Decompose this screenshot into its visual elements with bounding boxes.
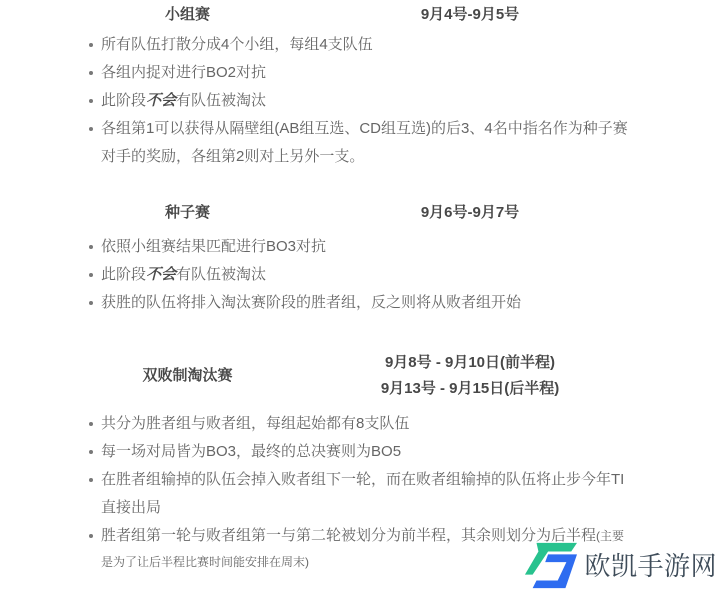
section-seed-stage: 种子赛 9月6号-9月7号 依照小组赛结果匹配进行BO3对抗 此阶段不会有队伍被… [0,199,720,317]
tournament-schedule-page: 小组赛 9月4号-9月5号 所有队伍打散分成4个小组，每组4支队伍 各组内捉对进… [0,1,720,591]
bullet-emphasis: 不会 [146,92,176,109]
bullet-list: 所有队伍打散分成4个小组，每组4支队伍 各组内捉对进行BO2对抗 此阶段不会有队… [88,31,652,171]
bullet-text: 胜者组第一轮与败者组第一与第二轮被划分为前半程，其余则划分为后半程 [101,527,596,544]
date-range-first-half: 9月8号 - 9月10日(前半程) [290,350,650,376]
bullet-item: 此阶段不会有队伍被淘汰 [88,261,652,289]
bullet-list: 依照小组赛结果匹配进行BO3对抗 此阶段不会有队伍被淘汰 获胜的队伍将排入淘汰赛… [88,233,652,317]
bullet-text: 各组内捉对进行BO2对抗 [101,64,266,81]
site-logo[interactable]: 欧凯手游网 [523,542,717,589]
bullet-text: 依照小组赛结果匹配进行BO3对抗 [101,238,326,255]
date-range: 9月4号-9月5号 [290,2,650,28]
site-logo-text: 欧凯手游网 [584,553,717,579]
bullet-text-small: (主要 [596,529,624,543]
section-header: 双败制淘汰赛 9月8号 - 9月10日(前半程) 9月13号 - 9月15日(后… [85,350,720,402]
bullet-emphasis: 不会 [146,266,176,283]
bullet-item: 依照小组赛结果匹配进行BO3对抗 [88,233,652,261]
stage-dates: 9月4号-9月5号 [290,2,650,28]
bullet-text: 所有队伍打散分成4个小组，每组4支队伍 [101,36,373,53]
bullet-text-line: 各组第1可以获得从隔壁组(AB组互选、CD组互选)的后3、4名中指名作为种子赛 [101,115,652,143]
stage-title: 小组赛 [85,1,290,29]
bullet-item: 在胜者组输掉的队伍会掉入败者组下一轮，而在败者组输掉的队伍将止步今年TI 直接出… [88,466,652,522]
bullet-text: 共分为胜者组与败者组，每组起始都有8支队伍 [101,415,409,432]
bullet-item: 共分为胜者组与败者组，每组起始都有8支队伍 [88,410,652,438]
stage-title: 种子赛 [85,199,290,227]
date-range-second-half: 9月13号 - 9月15日(后半程) [290,376,650,402]
bullet-text: 此阶段 [101,92,146,109]
bullet-text: 获胜的队伍将排入淘汰赛阶段的胜者组，反之则将从败者组开始 [101,294,521,311]
bullet-text-line: 对手的奖励，各组第2则对上另外一支。 [101,143,652,171]
date-range: 9月6号-9月7号 [290,200,650,226]
stage-dates: 9月6号-9月7号 [290,200,650,226]
bullet-text: 有队伍被淘汰 [176,92,266,109]
stage-dates: 9月8号 - 9月10日(前半程) 9月13号 - 9月15日(后半程) [290,350,650,402]
bullet-text: 每一场对局皆为BO3，最终的总决赛则为BO5 [101,443,401,460]
stage-title: 双败制淘汰赛 [85,362,290,390]
bullet-text: 此阶段 [101,266,146,283]
bullet-item: 所有队伍打散分成4个小组，每组4支队伍 [88,31,652,59]
bullet-text-line: 在胜者组输掉的队伍会掉入败者组下一轮，而在败者组输掉的队伍将止步今年TI [101,466,652,494]
bullet-text-line: 直接出局 [101,494,652,522]
section-double-elimination: 双败制淘汰赛 9月8号 - 9月10日(前半程) 9月13号 - 9月15日(后… [0,350,720,574]
section-header: 小组赛 9月4号-9月5号 [85,1,720,29]
bullet-item: 各组第1可以获得从隔壁组(AB组互选、CD组互选)的后3、4名中指名作为种子赛 … [88,115,652,171]
bullet-item: 此阶段不会有队伍被淘汰 [88,87,652,115]
bullet-item: 各组内捉对进行BO2对抗 [88,59,652,87]
bullet-text: 有队伍被淘汰 [176,266,266,283]
site-logo-icon [523,542,577,589]
section-header: 种子赛 9月6号-9月7号 [85,199,720,227]
section-group-stage: 小组赛 9月4号-9月5号 所有队伍打散分成4个小组，每组4支队伍 各组内捉对进… [0,1,720,171]
bullet-item: 获胜的队伍将排入淘汰赛阶段的胜者组，反之则将从败者组开始 [88,289,652,317]
bullet-item: 每一场对局皆为BO3，最终的总决赛则为BO5 [88,438,652,466]
